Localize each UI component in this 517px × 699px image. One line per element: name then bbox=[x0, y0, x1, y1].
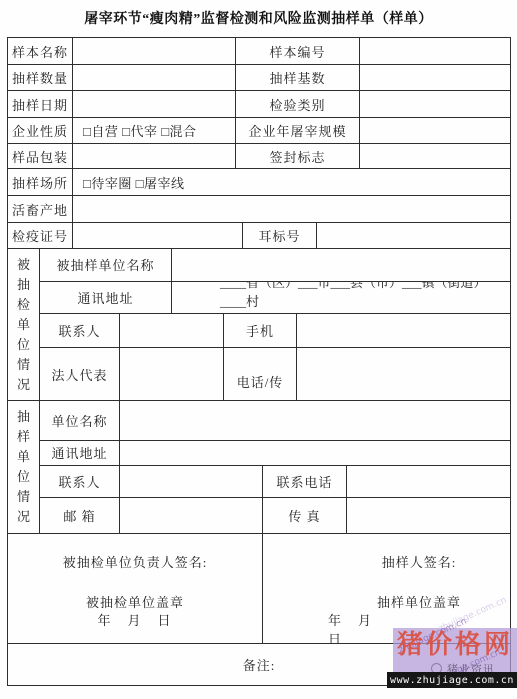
sampled-unit-section-label: 被抽检单位情况 bbox=[8, 249, 40, 400]
form-title: 屠宰环节“瘦肉精”监督检测和风险监测抽样单（样单） bbox=[0, 8, 517, 28]
sampled-unit-legal-rep-label: 法人代表 bbox=[40, 348, 120, 400]
row-sampling-place: 抽样场所 □待宰圈 □屠宰线 bbox=[8, 169, 510, 196]
sampling-unit-phone-label: 联系电话 bbox=[263, 466, 347, 498]
sample-date-value-cell bbox=[73, 91, 236, 117]
sample-packaging-label: 样品包装 bbox=[8, 144, 73, 168]
sampled-unit-phone-fax-value-cell bbox=[297, 348, 510, 400]
row-sample-date: 抽样日期 检验类别 bbox=[8, 91, 510, 118]
sampled-unit-signature-cell: 被抽检单位负责人签名: 被抽检单位盖章 年 月 日 bbox=[8, 534, 263, 643]
watermark-site-name: 猪价格网 bbox=[393, 630, 517, 660]
quarantine-cert-value-cell bbox=[73, 223, 243, 248]
row-sampled-unit-contact: 联系人 手机 bbox=[40, 314, 510, 349]
sampled-unit-mobile-label: 手机 bbox=[224, 314, 297, 348]
sample-packaging-value-cell bbox=[73, 144, 236, 168]
sampled-unit-section: 被抽检单位情况 被抽样单位名称 通讯地址 ____省（区）___市___县（市）… bbox=[8, 249, 510, 401]
row-sample-qty: 抽样数量 抽样基数 bbox=[8, 65, 510, 91]
row-sample-packaging: 样品包装 签封标志 bbox=[8, 144, 510, 169]
sample-base-label: 抽样基数 bbox=[236, 65, 360, 90]
livestock-origin-label: 活畜产地 bbox=[8, 196, 73, 222]
sampling-place-label: 抽样场所 bbox=[8, 169, 73, 195]
sampled-unit-address-template: ____省（区）___市___县（市）___镇（街道）____村 bbox=[172, 282, 510, 313]
sampled-unit-legal-rep-value-cell bbox=[120, 348, 224, 400]
sampling-unit-section-label: 抽样单位情况 bbox=[8, 401, 40, 533]
row-sampled-unit-name: 被抽样单位名称 bbox=[40, 249, 510, 282]
sampled-unit-phone-fax-label: 电话/传 bbox=[224, 348, 297, 400]
sampler-stamp-label: 抽样单位盖章 bbox=[377, 592, 461, 608]
sampler-date-label: 年 月 日 bbox=[328, 610, 400, 626]
sampling-unit-section: 抽样单位情况 单位名称 通讯地址 联系人 联系电话 邮 箱 bbox=[8, 401, 510, 534]
enterprise-nature-label: 企业性质 bbox=[8, 118, 73, 143]
sample-qty-value-cell bbox=[73, 65, 236, 90]
row-livestock-origin: 活畜产地 bbox=[8, 196, 510, 223]
row-quarantine-cert: 检疫证号 耳标号 bbox=[8, 223, 510, 249]
sampled-unit-contact-value-cell bbox=[120, 314, 224, 348]
sample-no-label: 样本编号 bbox=[236, 38, 360, 64]
sampled-unit-name-value-cell bbox=[172, 249, 510, 281]
sampling-unit-address-label: 通讯地址 bbox=[40, 441, 120, 465]
sampler-sign-label: 抽样人签名: bbox=[382, 552, 457, 568]
sampling-unit-name-label: 单位名称 bbox=[40, 401, 120, 440]
sampled-unit-address-label: 通讯地址 bbox=[40, 282, 172, 313]
seal-mark-label: 签封标志 bbox=[236, 144, 360, 168]
livestock-origin-value-cell bbox=[73, 196, 510, 222]
sampled-unit-mobile-value-cell bbox=[297, 314, 510, 348]
enterprise-nature-options: □自营 □代宰 □混合 bbox=[73, 118, 236, 143]
quarantine-cert-label: 检疫证号 bbox=[8, 223, 73, 248]
row-sampled-unit-address: 通讯地址 ____省（区）___市___县（市）___镇（街道）____村 bbox=[40, 282, 510, 314]
sampling-unit-body: 单位名称 通讯地址 联系人 联系电话 邮 箱 传 真 bbox=[40, 401, 510, 533]
sample-name-label: 样本名称 bbox=[8, 38, 73, 64]
sample-no-value-cell bbox=[360, 38, 510, 64]
sampler-signature-cell: 抽样人签名: 抽样单位盖章 年 月 日 bbox=[263, 534, 510, 643]
sampling-unit-fax-value-cell bbox=[347, 498, 510, 533]
sampled-unit-stamp-label: 被抽检单位盖章 bbox=[86, 592, 184, 608]
row-sampling-unit-name: 单位名称 bbox=[40, 401, 510, 441]
row-enterprise-nature: 企业性质 □自营 □代宰 □混合 企业年屠宰规模 bbox=[8, 118, 510, 144]
sampling-unit-email-label: 邮 箱 bbox=[40, 498, 120, 533]
sampling-form-table: 样本名称 样本编号 抽样数量 抽样基数 抽样日期 检验类别 企业性质 □自营 □… bbox=[7, 37, 511, 686]
sampling-unit-contact-label: 联系人 bbox=[40, 466, 120, 498]
test-category-label: 检验类别 bbox=[236, 91, 360, 117]
row-sample-name: 样本名称 样本编号 bbox=[8, 38, 510, 65]
ear-tag-value-cell bbox=[317, 223, 510, 248]
annual-scale-label: 企业年屠宰规模 bbox=[236, 118, 360, 143]
sampled-unit-name-label: 被抽样单位名称 bbox=[40, 249, 172, 281]
sampling-unit-fax-label: 传 真 bbox=[263, 498, 347, 533]
sampled-unit-contact-label: 联系人 bbox=[40, 314, 120, 348]
sampling-unit-contact-value-cell bbox=[120, 466, 263, 498]
watermark-url-bar: www.zhujiage.com.cn bbox=[387, 672, 517, 688]
sample-date-label: 抽样日期 bbox=[8, 91, 73, 117]
sampled-unit-date-label: 年 月 日 bbox=[97, 610, 172, 626]
sampling-unit-address-value-cell bbox=[120, 441, 510, 465]
sampling-unit-name-value-cell bbox=[120, 401, 510, 440]
sampling-unit-email-value-cell bbox=[120, 498, 263, 533]
sample-name-value-cell bbox=[73, 38, 236, 64]
row-sampling-unit-contact: 联系人 联系电话 bbox=[40, 466, 510, 499]
sampled-unit-body: 被抽样单位名称 通讯地址 ____省（区）___市___县（市）___镇（街道）… bbox=[40, 249, 510, 400]
seal-mark-value-cell bbox=[360, 144, 510, 168]
row-sampling-unit-email: 邮 箱 传 真 bbox=[40, 498, 510, 533]
sampling-unit-phone-value-cell bbox=[347, 466, 510, 498]
ear-tag-label: 耳标号 bbox=[243, 223, 317, 248]
sample-qty-label: 抽样数量 bbox=[8, 65, 73, 90]
watermark-url: www.zhujiage.com.cn bbox=[390, 675, 514, 686]
sampled-unit-sign-label: 被抽检单位负责人签名: bbox=[63, 552, 208, 568]
row-sampled-unit-legal-rep: 法人代表 电话/传 bbox=[40, 348, 510, 400]
sample-base-value-cell bbox=[360, 65, 510, 90]
annual-scale-value-cell bbox=[360, 118, 510, 143]
scanned-form-page: 屠宰环节“瘦肉精”监督检测和风险监测抽样单（样单） 样本名称 样本编号 抽样数量… bbox=[0, 0, 517, 699]
test-category-value-cell bbox=[360, 91, 510, 117]
row-sampling-unit-address: 通讯地址 bbox=[40, 441, 510, 466]
sampling-place-options: □待宰圈 □屠宰线 bbox=[73, 169, 510, 195]
